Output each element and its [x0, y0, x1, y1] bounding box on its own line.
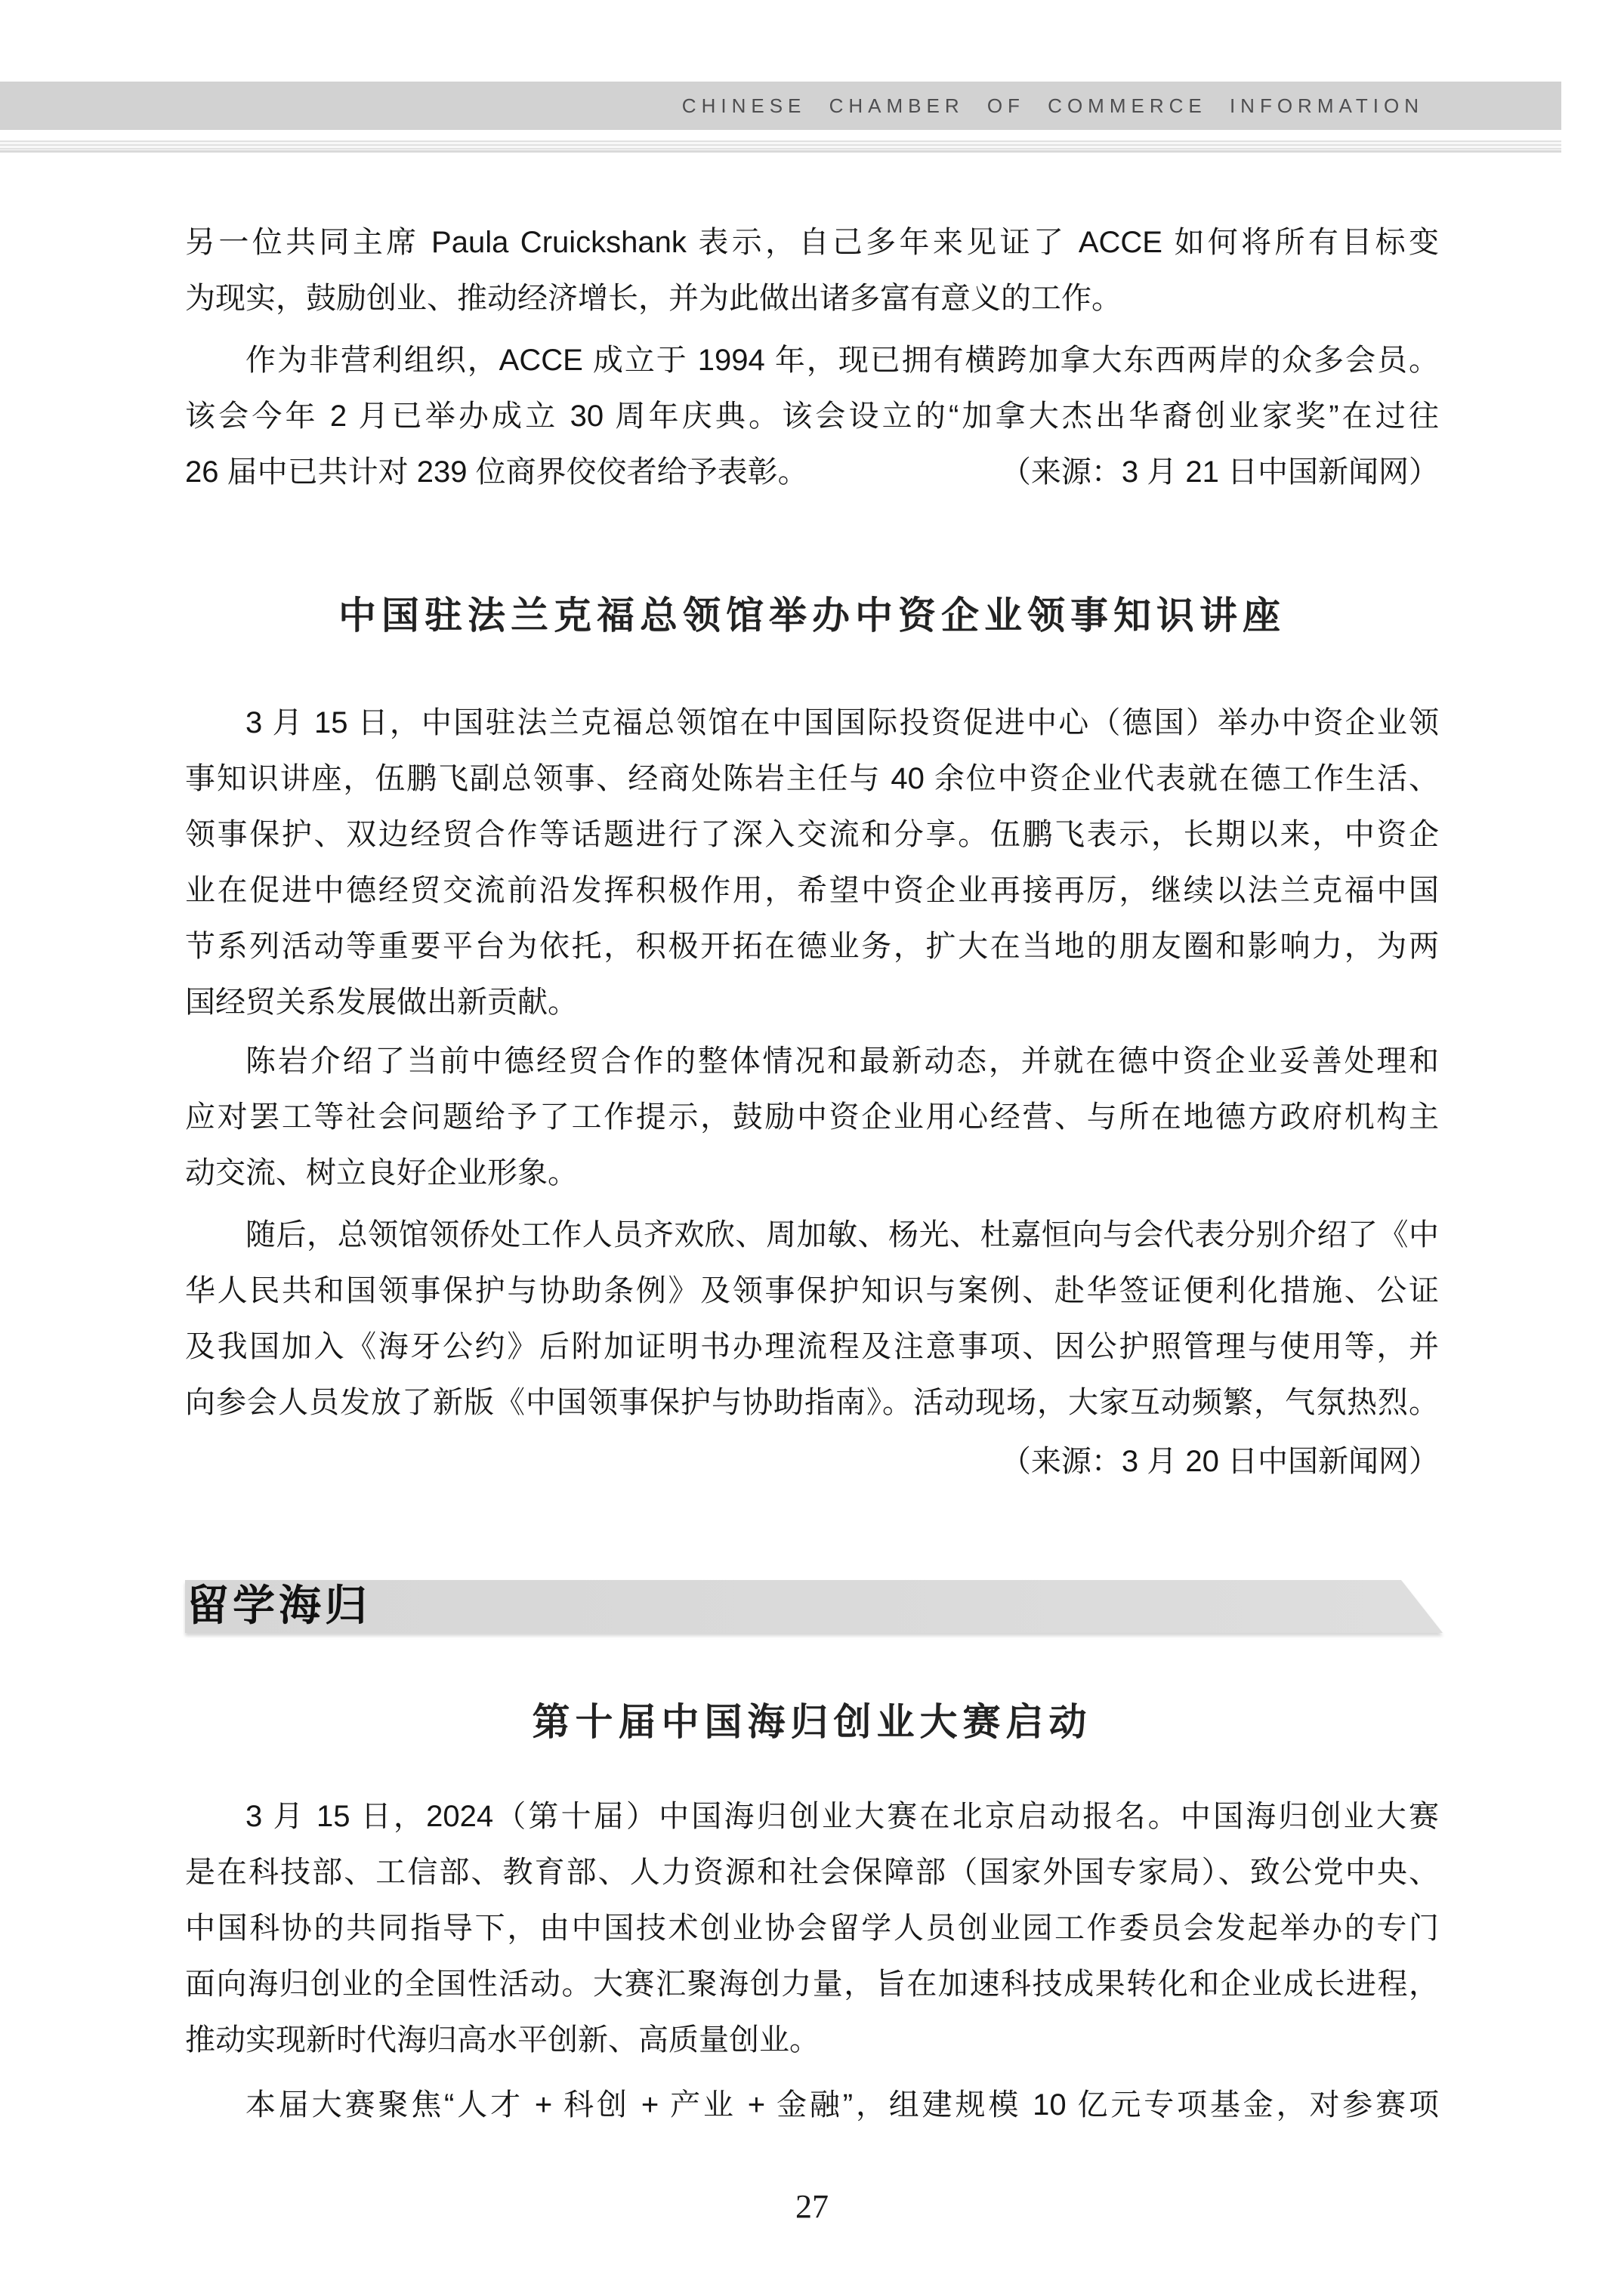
text-line: 华人民共和国领事保护与协助条例》及领事保护知识与案例、赴华签证便利化措施、公证 — [185, 1263, 1439, 1319]
paragraph-contest-2: 本届大赛聚焦“人才 + 科创 + 产业 + 金融”，组建规模 10 亿元专项基金… — [185, 2077, 1439, 2133]
text-line: 26 届中已共计对 239 位商界佼佼者给予表彰。 （来源：3 月 21 日中国… — [185, 444, 1439, 500]
section-label: 留学海归 — [185, 1580, 371, 1633]
article-title-contest: 第十届中国海归创业大赛启动 — [185, 1696, 1439, 1748]
page-number: 27 — [0, 2187, 1624, 2226]
text-line: 本届大赛聚焦“人才 + 科创 + 产业 + 金融”，组建规模 10 亿元专项基金… — [185, 2077, 1439, 2133]
section-band: 留学海归 — [185, 1580, 1443, 1633]
newsletter-page: CHINESE CHAMBER OF COMMERCE INFORMATION … — [0, 0, 1624, 2293]
text-line: 推动实现新时代海归高水平创新、高质量创业。 — [185, 2012, 1439, 2068]
paragraph-frankfurt-3: 随后，总领馆领侨处工作人员齐欢欣、周加敏、杨光、杜嘉恒向与会代表分别介绍了《中 … — [185, 1207, 1439, 1430]
text-line: 动交流、树立良好企业形象。 — [185, 1145, 1439, 1201]
text-line: 向参会人员发放了新版《中国领事保护与协助指南》。活动现场，大家互动频繁，气氛热烈… — [185, 1375, 1439, 1430]
text-line: 节系列活动等重要平台为依托，积极开拓在德业务，扩大在当地的朋友圈和影响力，为两 — [185, 918, 1439, 974]
source-attribution: （来源：3 月 21 日中国新闻网） — [1001, 444, 1439, 500]
text-line: 是在科技部、工信部、教育部、人力资源和社会保障部（国家外国专家局）、致公党中央、 — [185, 1844, 1439, 1900]
paragraph-acce-2: 作为非营利组织，ACCE 成立于 1994 年，现已拥有横跨加拿大东西两岸的众多… — [185, 332, 1439, 500]
paragraph-frankfurt-1: 3 月 15 日，中国驻法兰克福总领馆在中国国际投资促进中心（德国）举办中资企业… — [185, 695, 1439, 1030]
header-title: CHINESE CHAMBER OF COMMERCE INFORMATION — [682, 94, 1424, 118]
text-line: 国经贸关系发展做出新贡献。 — [185, 974, 1439, 1030]
text-line: 面向海归创业的全国性活动。大赛汇聚海创力量，旨在加速科技成果转化和企业成长进程， — [185, 1956, 1439, 2012]
text-line: 领事保护、双边经贸合作等话题进行了深入交流和分享。伍鹏飞表示，长期以来，中资企 — [185, 807, 1439, 863]
text-line: 该会今年 2 月已举办成立 30 周年庆典。该会设立的“加拿大杰出华裔创业家奖”… — [185, 388, 1439, 444]
paragraph-acce-1: 另一位共同主席 Paula Cruickshank 表示，自己多年来见证了 AC… — [185, 214, 1439, 326]
header-rule-stripes — [0, 140, 1561, 153]
text-line: 3 月 15 日，2024（第十届）中国海归创业大赛在北京启动报名。中国海归创业… — [185, 1788, 1439, 1844]
paragraph-frankfurt-2: 陈岩介绍了当前中德经贸合作的整体情况和最新动态，并就在德中资企业妥善处理和 应对… — [185, 1033, 1439, 1201]
text-line: 业在促进中德经贸交流前沿发挥积极作用，希望中资企业再接再厉，继续以法兰克福中国 — [185, 863, 1439, 918]
text-line: 应对罢工等社会问题给予了工作提示，鼓励中资企业用心经营、与所在地德方政府机构主 — [185, 1089, 1439, 1145]
article-title-frankfurt: 中国驻法兰克福总领馆举办中资企业领事知识讲座 — [185, 589, 1439, 642]
text-line: 3 月 15 日，中国驻法兰克福总领馆在中国国际投资促进中心（德国）举办中资企业… — [185, 695, 1439, 751]
text-line-left: 26 届中已共计对 239 位商界佼佼者给予表彰。 — [185, 444, 808, 500]
text-line: 为现实，鼓励创业、推动经济增长，并为此做出诸多富有意义的工作。 — [185, 270, 1439, 326]
text-line: 事知识讲座，伍鹏飞副总领事、经商处陈岩主任与 40 余位中资企业代表就在德工作生… — [185, 751, 1439, 807]
text-line: 陈岩介绍了当前中德经贸合作的整体情况和最新动态，并就在德中资企业妥善处理和 — [185, 1033, 1439, 1089]
text-line: 中国科协的共同指导下，由中国技术创业协会留学人员创业园工作委员会发起举办的专门 — [185, 1900, 1439, 1956]
section-band-shape: 留学海归 — [185, 1580, 1443, 1633]
text-line: 随后，总领馆领侨处工作人员齐欢欣、周加敏、杨光、杜嘉恒向与会代表分别介绍了《中 — [185, 1207, 1439, 1263]
header-bar: CHINESE CHAMBER OF COMMERCE INFORMATION — [0, 82, 1561, 130]
source-attribution: （来源：3 月 20 日中国新闻网） — [185, 1434, 1439, 1489]
paragraph-contest-1: 3 月 15 日，2024（第十届）中国海归创业大赛在北京启动报名。中国海归创业… — [185, 1788, 1439, 2068]
text-line: 另一位共同主席 Paula Cruickshank 表示，自己多年来见证了 AC… — [185, 214, 1439, 270]
text-line: 及我国加入《海牙公约》后附加证明书办理流程及注意事项、因公护照管理与使用等，并 — [185, 1319, 1439, 1375]
text-line: 作为非营利组织，ACCE 成立于 1994 年，现已拥有横跨加拿大东西两岸的众多… — [185, 332, 1439, 388]
